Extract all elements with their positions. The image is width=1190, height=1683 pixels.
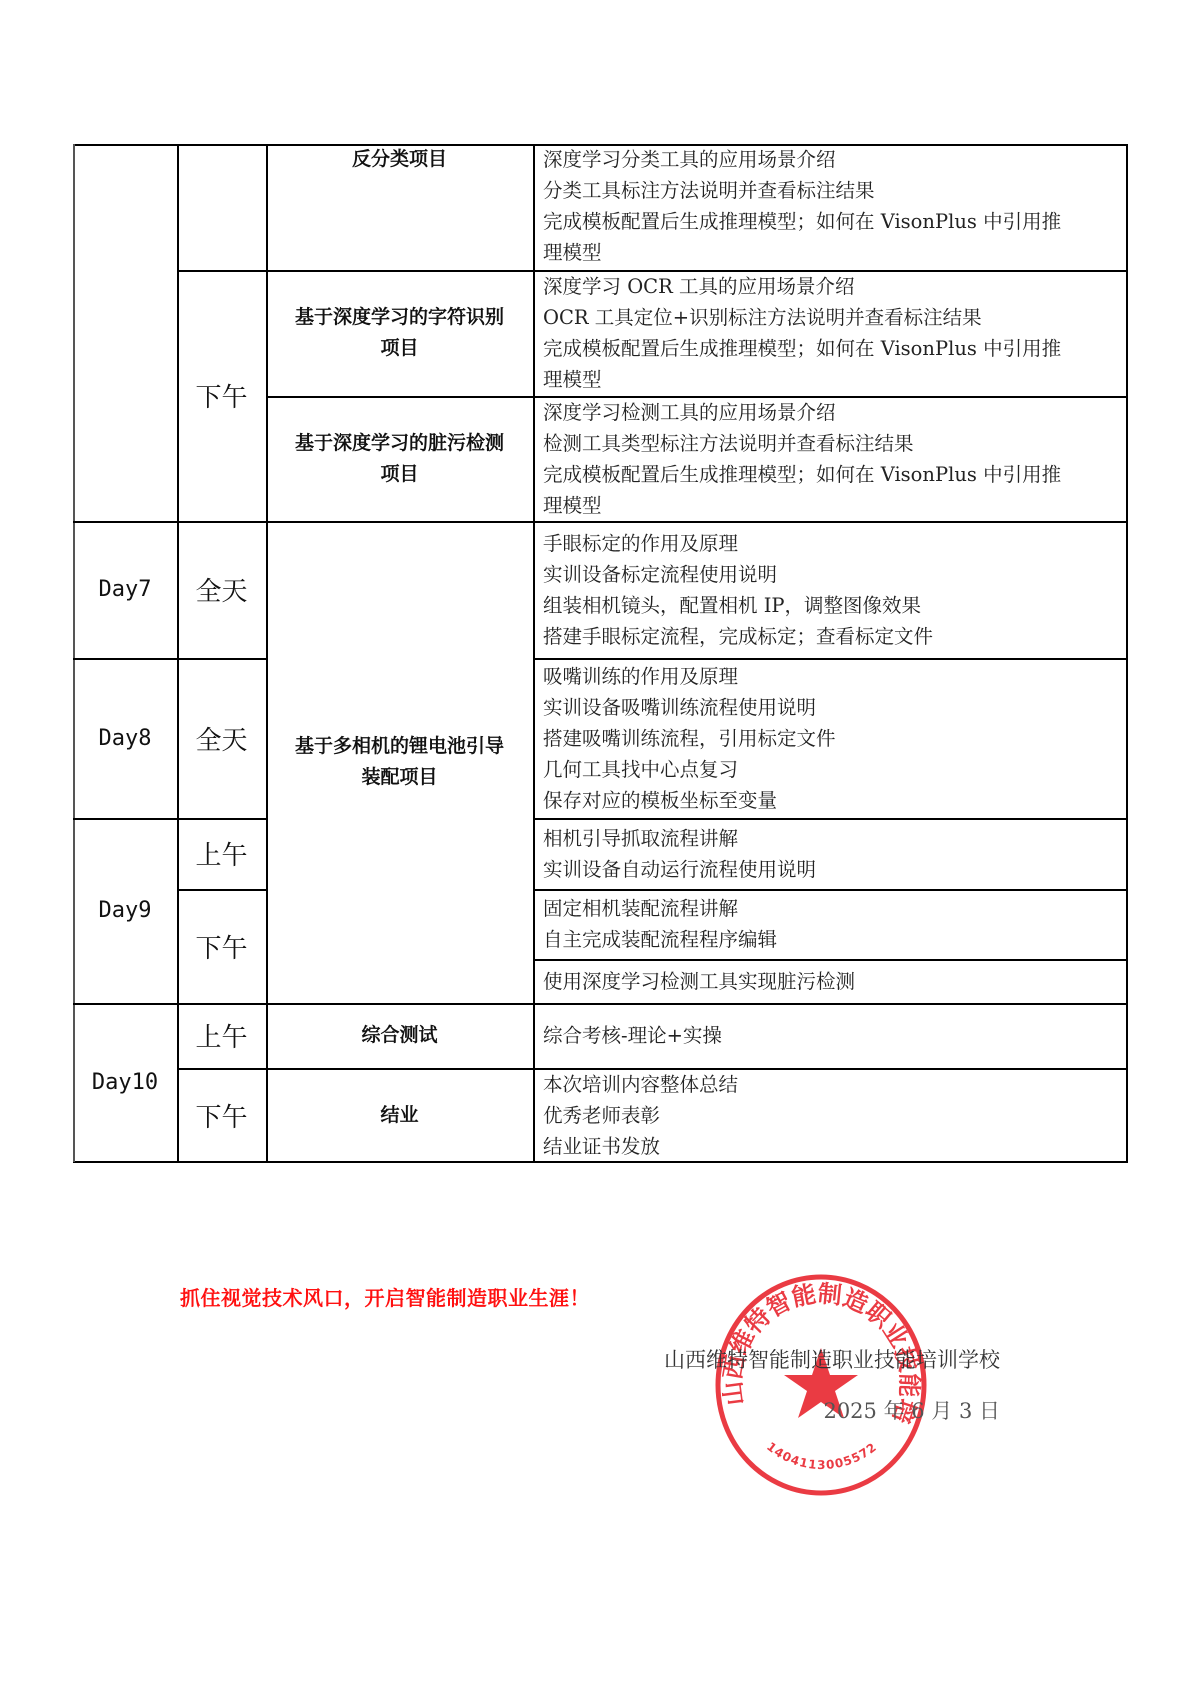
content-cell: 手眼标定的作用及原理 实训设备标定流程使用说明 组装相机镜头，配置相机 IP，调… <box>533 521 1128 658</box>
content-line: 搭建手眼标定流程，完成标定；查看标定文件 <box>543 621 1128 652</box>
content-line: 相机引导抓取流程讲解 <box>543 823 1128 854</box>
official-seal-icon: 山西维特智能制造职业技能培训学校有限公司 1404113005572 <box>706 1270 936 1500</box>
day-label: Day8 <box>99 726 152 751</box>
document-date: 2025 年 6 月 3 日 <box>823 1395 1000 1425</box>
content-line: 结业证书发放 <box>543 1131 1128 1162</box>
project-title: 结业 <box>380 1100 418 1131</box>
day-cell: Day7 <box>73 521 177 658</box>
period-label: 全天 <box>195 571 247 608</box>
project-title: 综合测试 <box>361 1020 437 1051</box>
content-line: 完成模板配置后生成推理模型；如何在 VisonPlus 中引用推 <box>543 333 1128 364</box>
schedule-table: 下午 全天 全天 上午 下午 上午 下午 Day7 Day8 Day9 Day1… <box>73 144 1128 1162</box>
period-cell: 全天 <box>177 658 266 818</box>
content-cell: 相机引导抓取流程讲解 实训设备自动运行流程使用说明 <box>533 818 1128 889</box>
content-line: 综合考核-理论+实操 <box>543 1020 1128 1051</box>
content-line: 完成模板配置后生成推理模型；如何在 VisonPlus 中引用推 <box>543 459 1128 490</box>
day-label: Day9 <box>99 898 152 923</box>
content-line: 理模型 <box>543 490 1128 521</box>
content-cell: 使用深度学习检测工具实现脏污检测 <box>533 959 1128 1003</box>
period-label: 上午 <box>195 835 247 872</box>
content-line: 实训设备吸嘴训练流程使用说明 <box>543 692 1128 723</box>
content-line: 深度学习分类工具的应用场景介绍 <box>543 144 1128 175</box>
content-line: 几何工具找中心点复习 <box>543 754 1128 785</box>
day-label: Day10 <box>92 1070 158 1095</box>
project-title-line: 基于深度学习的脏污检测 <box>295 428 504 459</box>
period-cell: 全天 <box>177 521 266 658</box>
content-line: 分类工具标注方法说明并查看标注结果 <box>543 175 1128 206</box>
day-label: Day7 <box>99 577 152 602</box>
day-cell: Day8 <box>73 658 177 818</box>
project-title: 反分类项目 <box>352 144 447 175</box>
period-label: 下午 <box>195 928 247 965</box>
period-cell: 上午 <box>177 818 266 889</box>
project-cell: 基于深度学习的脏污检测 项目 <box>266 396 533 521</box>
content-line: 理模型 <box>543 364 1128 395</box>
content-cell: 固定相机装配流程讲解 自主完成装配流程程序编辑 <box>533 889 1128 959</box>
project-title-line: 基于多相机的锂电池引导 <box>295 731 504 762</box>
project-title-line: 项目 <box>380 459 418 490</box>
content-line: 深度学习检测工具的应用场景介绍 <box>543 397 1128 428</box>
slogan: 抓住视觉技术风口，开启智能制造职业生涯！ <box>180 1282 590 1311</box>
period-label: 上午 <box>195 1017 247 1054</box>
content-cell: 深度学习 OCR 工具的应用场景介绍 OCR 工具定位+识别标注方法说明并查看标… <box>533 270 1128 396</box>
project-cell: 综合测试 <box>266 1003 533 1068</box>
content-line: 优秀老师表彰 <box>543 1100 1128 1131</box>
period-cell: 下午 <box>177 1068 266 1162</box>
day-cell: Day10 <box>73 1003 177 1162</box>
content-cell: 深度学习分类工具的应用场景介绍 分类工具标注方法说明并查看标注结果 完成模板配置… <box>533 144 1128 270</box>
content-line: 理模型 <box>543 237 1128 268</box>
content-line: 吸嘴训练的作用及原理 <box>543 661 1128 692</box>
project-title-line: 项目 <box>380 333 418 364</box>
period-cell: 下午 <box>177 270 266 521</box>
content-line: 检测工具类型标注方法说明并查看标注结果 <box>543 428 1128 459</box>
period-cell: 下午 <box>177 889 266 1003</box>
content-line: 实训设备标定流程使用说明 <box>543 559 1128 590</box>
period-label: 全天 <box>195 720 247 757</box>
svg-text:1404113005572: 1404113005572 <box>764 1439 880 1472</box>
content-line: 自主完成装配流程程序编辑 <box>543 924 1128 955</box>
content-line: 实训设备自动运行流程使用说明 <box>543 854 1128 885</box>
period-label: 下午 <box>195 1097 247 1134</box>
day-cell: Day9 <box>73 818 177 1003</box>
project-cell: 基于深度学习的字符识别 项目 <box>266 270 533 396</box>
project-cell: 结业 <box>266 1068 533 1162</box>
project-title-line: 基于深度学习的字符识别 <box>295 302 504 333</box>
period-cell: 上午 <box>177 1003 266 1068</box>
content-line: 保存对应的模板坐标至变量 <box>543 785 1128 816</box>
content-line: 深度学习 OCR 工具的应用场景介绍 <box>543 271 1128 302</box>
content-cell: 吸嘴训练的作用及原理 实训设备吸嘴训练流程使用说明 搭建吸嘴训练流程，引用标定文… <box>533 658 1128 818</box>
project-cell: 反分类项目 <box>266 144 533 270</box>
project-cell: 基于多相机的锂电池引导 装配项目 <box>266 521 533 1003</box>
content-line: OCR 工具定位+识别标注方法说明并查看标注结果 <box>543 302 1128 333</box>
content-line: 搭建吸嘴训练流程，引用标定文件 <box>543 723 1128 754</box>
content-line: 本次培训内容整体总结 <box>543 1069 1128 1100</box>
period-label: 下午 <box>195 377 247 414</box>
project-title-line: 装配项目 <box>361 762 437 793</box>
organization-name: 山西维特智能制造职业技能培训学校 <box>664 1344 1000 1374</box>
content-line: 完成模板配置后生成推理模型；如何在 VisonPlus 中引用推 <box>543 206 1128 237</box>
content-line: 组装相机镜头，配置相机 IP，调整图像效果 <box>543 590 1128 621</box>
content-cell: 综合考核-理论+实操 <box>533 1003 1128 1068</box>
content-cell: 本次培训内容整体总结 优秀老师表彰 结业证书发放 <box>533 1068 1128 1162</box>
content-cell: 深度学习检测工具的应用场景介绍 检测工具类型标注方法说明并查看标注结果 完成模板… <box>533 396 1128 521</box>
content-line: 使用深度学习检测工具实现脏污检测 <box>543 966 1128 997</box>
content-line: 固定相机装配流程讲解 <box>543 893 1128 924</box>
content-line: 手眼标定的作用及原理 <box>543 528 1128 559</box>
